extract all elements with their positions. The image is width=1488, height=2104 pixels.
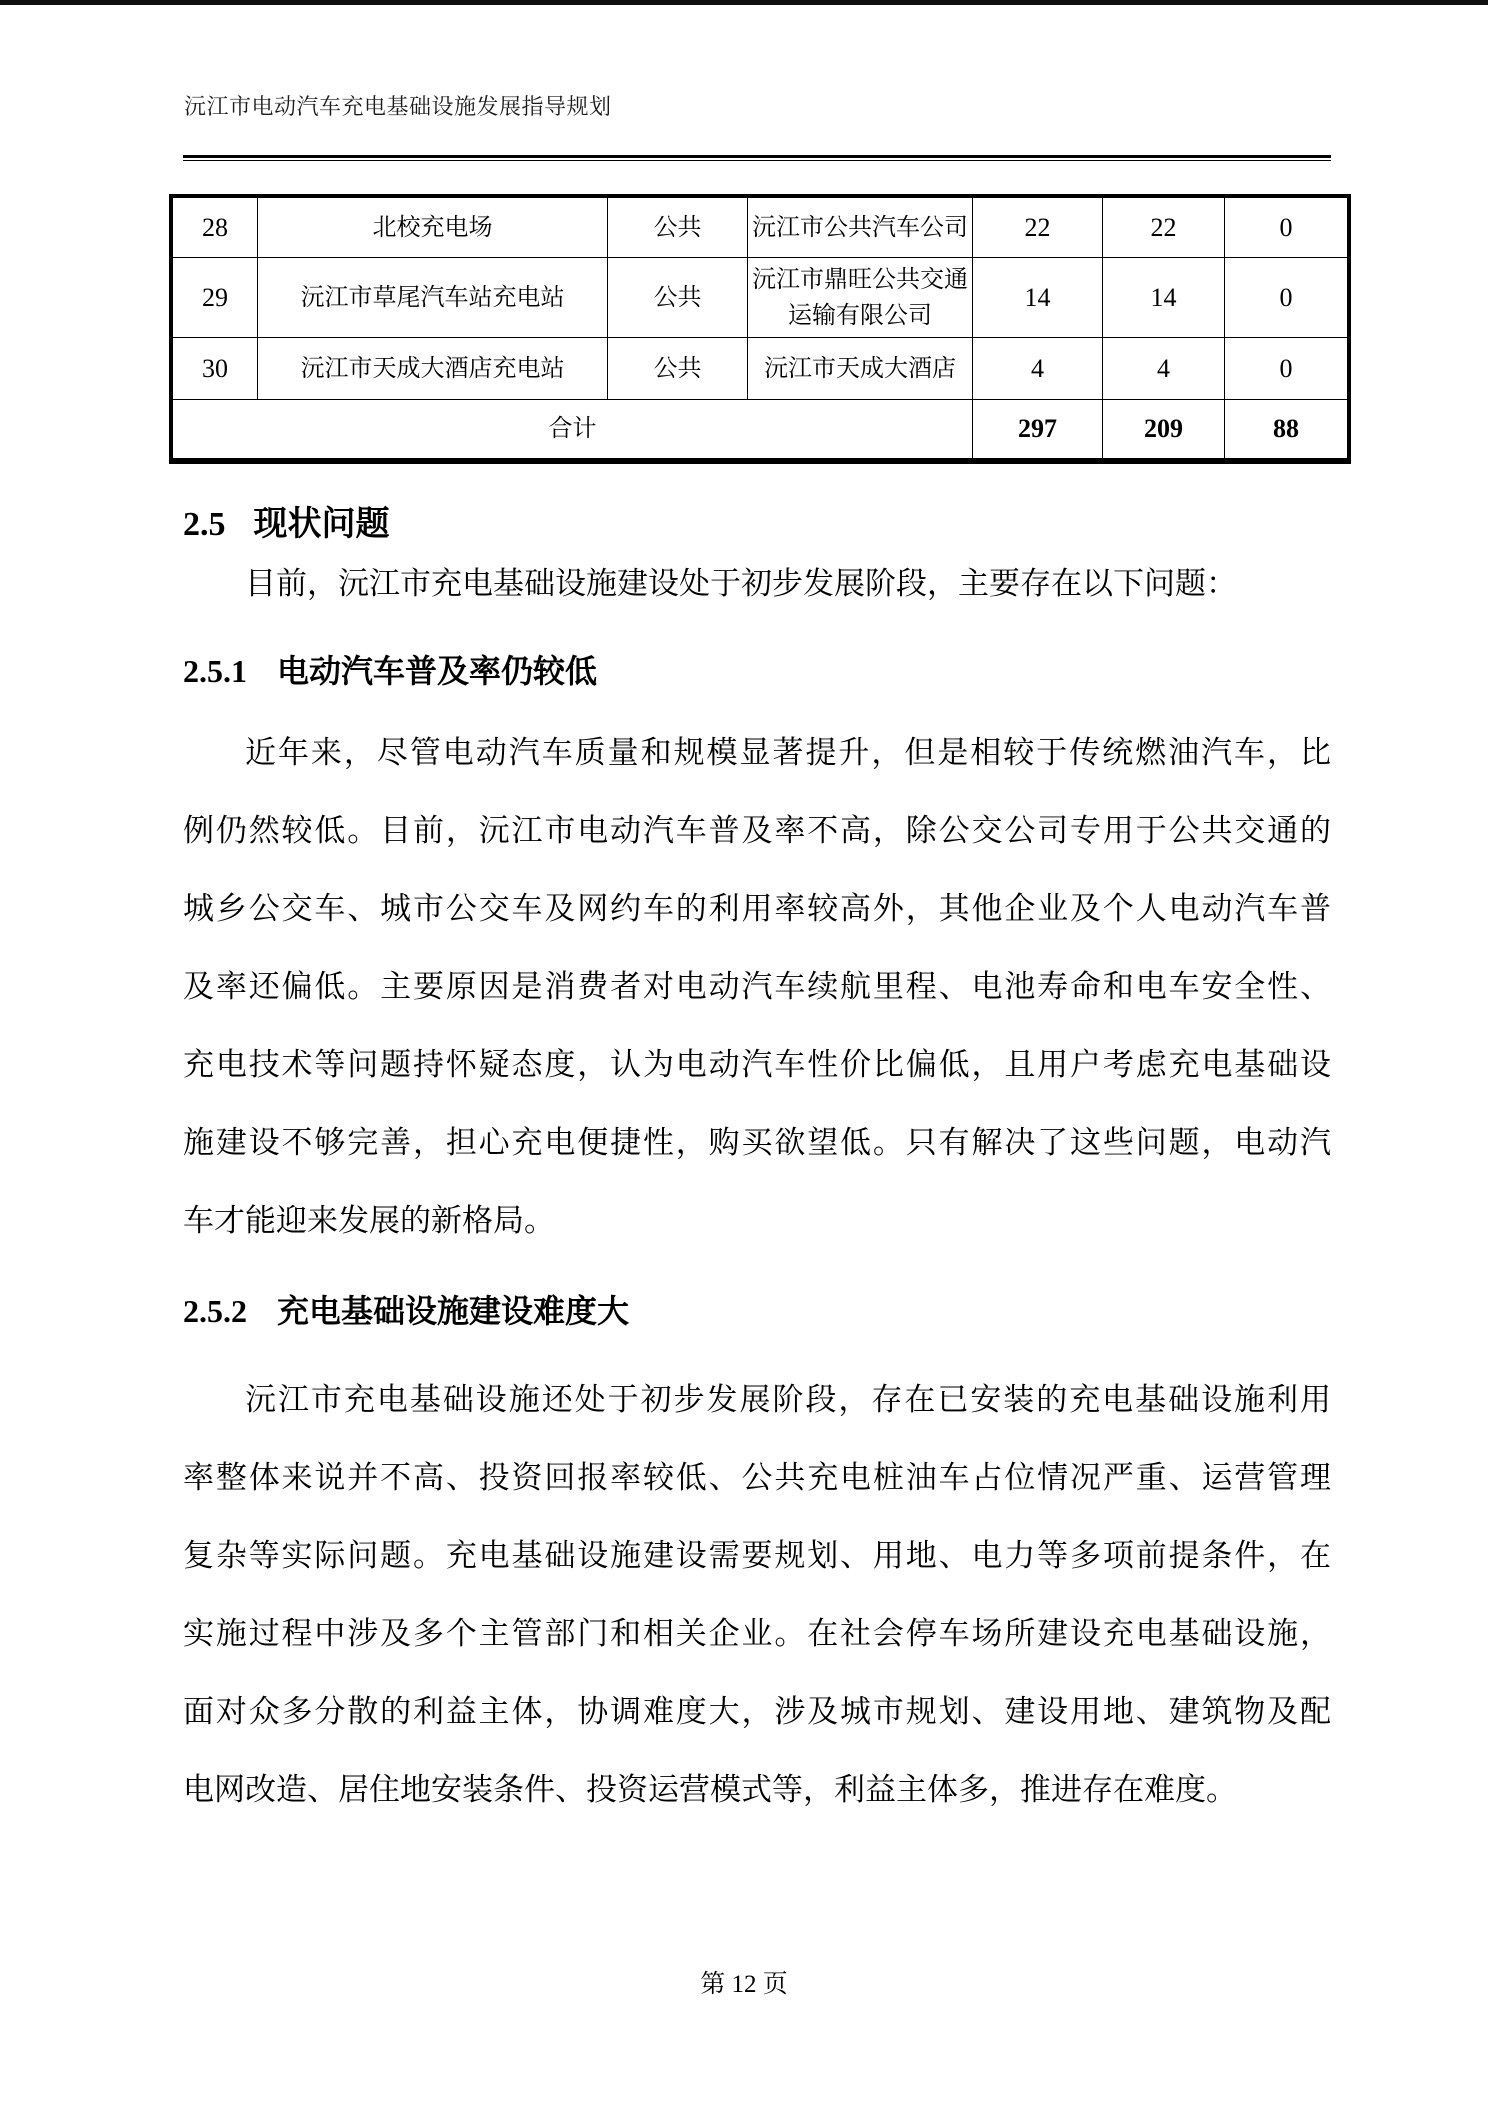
section-heading-2-5: 2.5现状问题: [183, 496, 390, 545]
cell-station-type: 公共: [608, 198, 748, 258]
section-2-5-1-paragraph: 近年来，尽管电动汽车质量和规模显著提升，但是相较于传统燃油汽车，比 例仍然较低。…: [183, 714, 1331, 1260]
cell-total-value-3: 88: [1225, 400, 1348, 459]
cell-value-3: 0: [1225, 198, 1348, 258]
heading-title: 充电基础设施建设难度大: [277, 1293, 629, 1329]
heading-number: 2.5.1: [183, 653, 247, 689]
paragraph-line: 沅江市充电基础设施还处于初步发展阶段，存在已安装的充电基础设施利用: [183, 1361, 1331, 1439]
paragraph-line: 车才能迎来发展的新格局。: [183, 1182, 1331, 1260]
paragraph-line: 充电技术等问题持怀疑态度，认为电动汽车性价比偏低，且用户考虑充电基础设: [183, 1026, 1331, 1104]
cell-station-no: 29: [173, 258, 258, 338]
paragraph-line: 面对众多分散的利益主体，协调难度大，涉及城市规划、建设用地、建筑物及配: [183, 1673, 1331, 1751]
heading-number: 2.5.2: [183, 1293, 247, 1329]
cell-station-name: 沅江市草尾汽车站充电站: [258, 258, 608, 338]
cell-value-2: 14: [1103, 258, 1225, 338]
paragraph-line: 例仍然较低。目前，沅江市电动汽车普及率不高，除公交公司专用于公共交通的: [183, 792, 1331, 870]
table-total-row: 合计 297 209 88: [173, 400, 1348, 459]
heading-title: 现状问题: [254, 505, 390, 543]
cell-operator: 沅江市鼎旺公共交通运输有限公司: [748, 258, 973, 338]
table-row: 28 北校充电场 公共 沅江市公共汽车公司 22 22 0: [173, 198, 1348, 258]
cell-total-label: 合计: [173, 400, 973, 459]
heading-title: 电动汽车普及率仍较低: [277, 653, 597, 689]
section-heading-2-5-2: 2.5.2充电基础设施建设难度大: [183, 1286, 629, 1332]
cell-operator: 沅江市公共汽车公司: [748, 198, 973, 258]
charging-stations-table: 28 北校充电场 公共 沅江市公共汽车公司 22 22 0 29 沅江市草尾汽车…: [169, 194, 1351, 464]
paragraph-line: 率整体来说并不高、投资回报率较低、公共充电桩油车占位情况严重、运营管理: [183, 1439, 1331, 1517]
cell-value-2: 4: [1103, 338, 1225, 400]
cell-value-2: 22: [1103, 198, 1225, 258]
cell-station-type: 公共: [608, 338, 748, 400]
table-row: 29 沅江市草尾汽车站充电站 公共 沅江市鼎旺公共交通运输有限公司 14 14 …: [173, 258, 1348, 338]
cell-station-no: 30: [173, 338, 258, 400]
cell-value-1: 22: [973, 198, 1103, 258]
document-header-title: 沅江市电动汽车充电基础设施发展指导规划: [184, 90, 612, 121]
paragraph-line: 复杂等实际问题。充电基础设施建设需要规划、用地、电力等多项前提条件，在: [183, 1517, 1331, 1595]
cell-operator: 沅江市天成大酒店: [748, 338, 973, 400]
table-row: 30 沅江市天成大酒店充电站 公共 沅江市天成大酒店 4 4 0: [173, 338, 1348, 400]
cell-total-value-2: 209: [1103, 400, 1225, 459]
cell-value-3: 0: [1225, 338, 1348, 400]
cell-station-no: 28: [173, 198, 258, 258]
heading-number: 2.5: [183, 506, 226, 543]
cell-value-1: 14: [973, 258, 1103, 338]
paragraph-line: 实施过程中涉及多个主管部门和相关企业。在社会停车场所建设充电基础设施，: [183, 1595, 1331, 1673]
paragraph-line: 施建设不够完善，担心充电便捷性，购买欲望低。只有解决了这些问题，电动汽: [183, 1104, 1331, 1182]
cell-value-3: 0: [1225, 258, 1348, 338]
header-divider-rule: [183, 155, 1331, 161]
paragraph-line: 电网改造、居住地安装条件、投资运营模式等，利益主体多，推进存在难度。: [183, 1751, 1331, 1829]
section-2-5-intro-paragraph: 目前，沅江市充电基础设施建设处于初步发展阶段，主要存在以下问题：: [245, 558, 1237, 603]
paragraph-line: 城乡公交车、城市公交车及网约车的利用率较高外，其他企业及个人电动汽车普: [183, 870, 1331, 948]
page-number-text: 第 12 页: [0, 1968, 1488, 2002]
cell-total-value-1: 297: [973, 400, 1103, 459]
section-2-5-2-paragraph: 沅江市充电基础设施还处于初步发展阶段，存在已安装的充电基础设施利用 率整体来说并…: [183, 1361, 1331, 1829]
cell-station-type: 公共: [608, 258, 748, 338]
scan-edge-bar: [0, 0, 1488, 5]
paragraph-line: 近年来，尽管电动汽车质量和规模显著提升，但是相较于传统燃油汽车，比: [183, 714, 1331, 792]
section-heading-2-5-1: 2.5.1电动汽车普及率仍较低: [183, 646, 597, 692]
paragraph-line: 及率还偏低。主要原因是消费者对电动汽车续航里程、电池寿命和电车安全性、: [183, 948, 1331, 1026]
cell-value-1: 4: [973, 338, 1103, 400]
cell-station-name: 沅江市天成大酒店充电站: [258, 338, 608, 400]
document-page: 沅江市电动汽车充电基础设施发展指导规划 28 北校充电场 公共 沅江市公共汽车公…: [0, 0, 1488, 2104]
cell-station-name: 北校充电场: [258, 198, 608, 258]
